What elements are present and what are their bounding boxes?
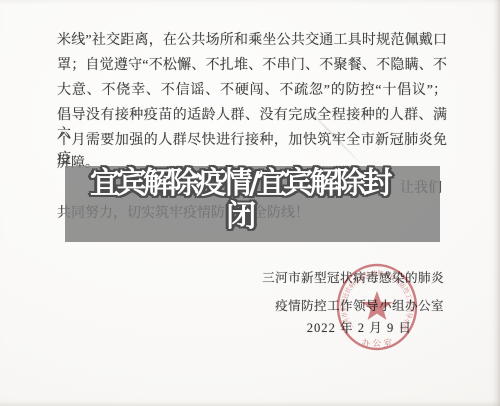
seal-bottom-text: 办公室 xyxy=(361,338,394,348)
document-line: 米线”社交距离，在公共场所和乘坐公共交通工具时规范佩戴口 xyxy=(57,31,447,50)
document-line: 罩；自觉遵守“不松懈、不扎堆、不串门、不聚餐、不隐瞒、不 xyxy=(57,56,447,75)
caption-title-line1: 宜宾解除疫情/宜宾解除封 xyxy=(90,167,389,200)
seal-star-icon xyxy=(362,291,392,320)
caption-title-line2: 闭 xyxy=(226,200,253,233)
article-image: 米线”社交距离，在公共场所和乘坐公共交通工具时规范佩戴口 罩；自觉遵守“不松懈、… xyxy=(0,0,500,406)
official-seal: 三河市新型冠状病毒感染的肺炎疫情防控工作领导小组 办公室 xyxy=(332,261,424,353)
document-line: 大意、不侥幸、不信谣、不硬闯、不疏忽”的防控“十倡议”； xyxy=(57,81,447,100)
caption-overlay: 宜宾解除疫情/宜宾解除封 闭 xyxy=(65,166,440,242)
